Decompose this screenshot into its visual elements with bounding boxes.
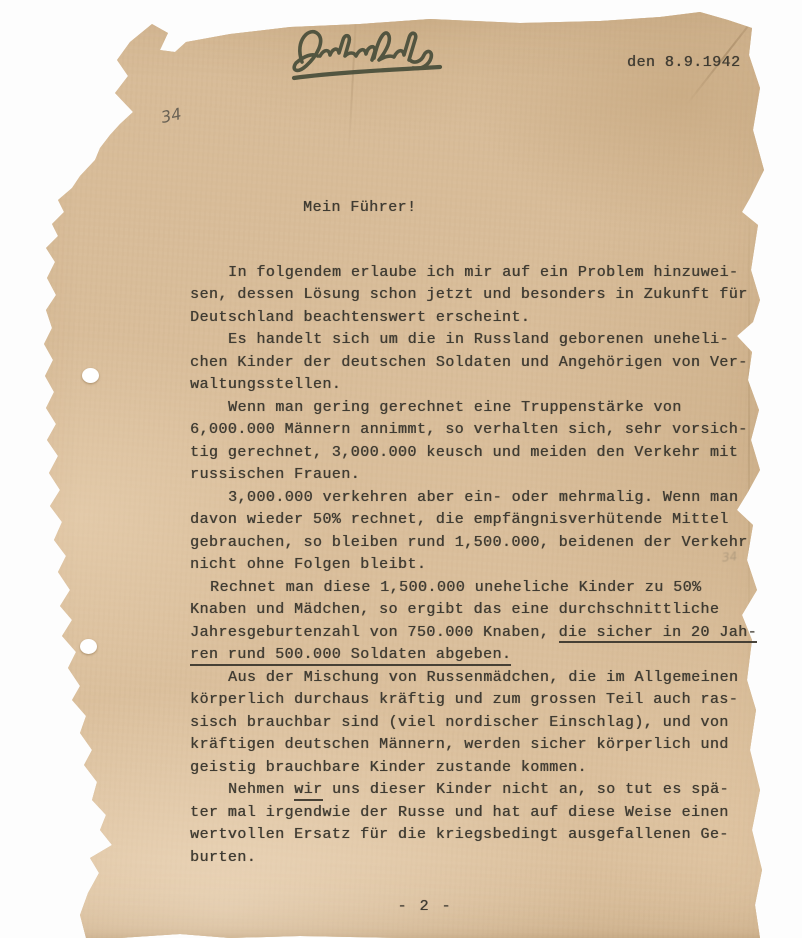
text-line: 3,000.000 verkehren aber ein- oder mehrm… <box>190 487 762 510</box>
paragraph: Rechnet man diese 1,500.000 uneheliche K… <box>190 577 762 667</box>
scanned-page: 34 34 den 8.9.1942 Mein Führer! In folge… <box>0 0 802 938</box>
text-line: Wenn man gering gerechnet eine Truppenst… <box>190 397 762 420</box>
text-line: Deutschland beachtenswert erscheint. <box>190 307 762 330</box>
text-line: ren rund 500.000 Soldaten abgeben. <box>190 644 762 667</box>
text-line: Es handelt sich um die in Russland gebor… <box>190 329 762 352</box>
text-line: gebrauchen, so bleiben rund 1,500.000, b… <box>190 532 762 555</box>
text-line: Rechnet man diese 1,500.000 uneheliche K… <box>190 577 762 600</box>
text-line: In folgendem erlaube ich mir auf ein Pro… <box>190 262 762 285</box>
text-line: chen Kinder der deutschen Soldaten und A… <box>190 352 762 375</box>
text-line: russischen Frauen. <box>190 464 762 487</box>
text-line: burten. <box>190 847 762 870</box>
text-line: tig gerechnet, 3,000.000 keusch und meid… <box>190 442 762 465</box>
paragraph: In folgendem erlaube ich mir auf ein Pro… <box>190 262 762 330</box>
paragraph: Es handelt sich um die in Russland gebor… <box>190 329 762 397</box>
text-line: Jahresgeburtenzahl von 750.000 Knaben, d… <box>190 622 762 645</box>
text-line: 6,000.000 Männern annimmt, so verhalten … <box>190 419 762 442</box>
text-line: kräftigen deutschen Männern, werden sich… <box>190 734 762 757</box>
text-line: geistig brauchbare Kinder zustande komme… <box>190 757 762 780</box>
letter-paragraphs: In folgendem erlaube ich mir auf ein Pro… <box>190 262 762 870</box>
salutation: Mein Führer! <box>303 197 762 220</box>
letter-body: Mein Führer! In folgendem erlaube ich mi… <box>190 197 762 869</box>
text-line: wertvollen Ersatz für die kriegsbedingt … <box>190 824 762 847</box>
paragraph: 3,000.000 verkehren aber ein- oder mehrm… <box>190 487 762 577</box>
text-line: Aus der Mischung von Russenmädchen, die … <box>190 667 762 690</box>
paragraph: Wenn man gering gerechnet eine Truppenst… <box>190 397 762 487</box>
text-line: Knaben und Mädchen, so ergibt das eine d… <box>190 599 762 622</box>
text-line: körperlich durchaus kräftig und zum gros… <box>190 689 762 712</box>
text-line: waltungsstellen. <box>190 374 762 397</box>
text-line: ter mal irgendwie der Russe und hat auf … <box>190 802 762 825</box>
letter-date: den 8.9.1942 <box>627 54 740 71</box>
footer-page-number: - 2 - <box>190 898 660 915</box>
paragraph: Nehmen wir uns dieser Kinder nicht an, s… <box>190 779 762 869</box>
punch-hole-top <box>82 368 99 383</box>
handwritten-annotation-icon <box>280 20 470 96</box>
text-line: davon wieder 50% rechnet, die empfängnis… <box>190 509 762 532</box>
text-line: Nehmen wir uns dieser Kinder nicht an, s… <box>190 779 762 802</box>
punch-hole-bottom <box>80 639 97 654</box>
text-line: sisch brauchbar sind (viel nordischer Ei… <box>190 712 762 735</box>
text-line: sen, dessen Lösung schon jetzt und beson… <box>190 284 762 307</box>
paragraph: Aus der Mischung von Russenmädchen, die … <box>190 667 762 780</box>
crease-top-right <box>686 1 768 105</box>
text-line: nicht ohne Folgen bleibt. <box>190 554 762 577</box>
